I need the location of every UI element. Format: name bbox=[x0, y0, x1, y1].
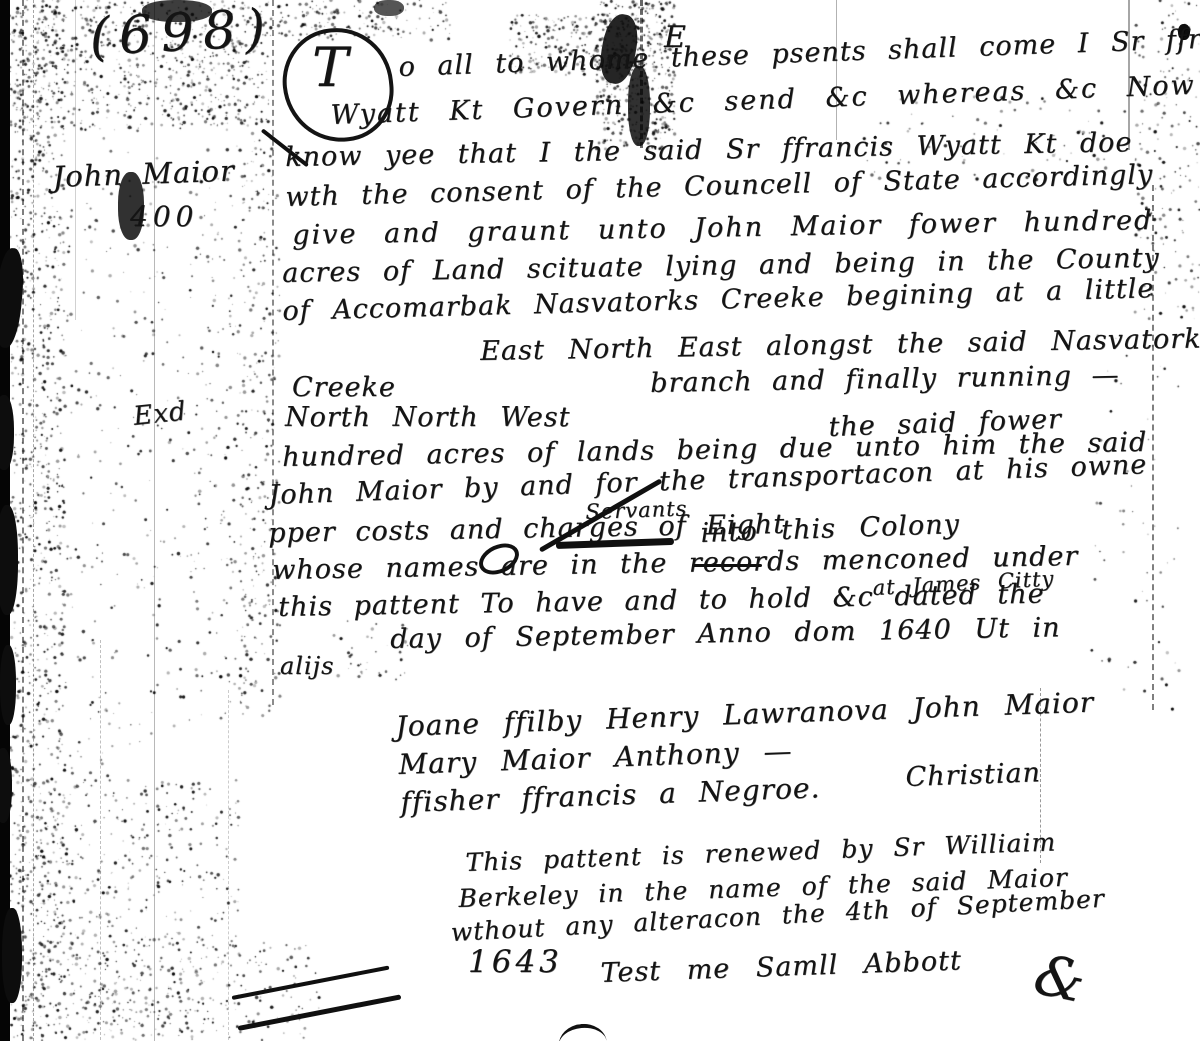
scanned-manuscript-page: (698) John Maior 400 Exd T E o all to wh… bbox=[0, 0, 1200, 1041]
margin-grantee-name: John Maior bbox=[52, 154, 235, 194]
manuscript-line: Creeke bbox=[292, 372, 396, 403]
renewal-year: 1643 bbox=[468, 944, 563, 980]
manuscript-line: North North West bbox=[285, 402, 570, 433]
ink-blot bbox=[374, 0, 404, 16]
margin-acreage: 400 bbox=[130, 200, 198, 233]
manuscript-line: alijs bbox=[280, 652, 334, 680]
margin-examined-mark: Exd bbox=[132, 396, 188, 431]
scratch-line bbox=[33, 0, 34, 1041]
fold-line bbox=[836, 0, 837, 140]
ink-blot bbox=[2, 908, 22, 1003]
ink-blot bbox=[0, 505, 18, 615]
fold-line bbox=[228, 690, 229, 1040]
page-number: (698) bbox=[88, 0, 276, 68]
ink-blot bbox=[0, 645, 16, 725]
opening-initial: T bbox=[312, 36, 349, 99]
fold-line bbox=[100, 640, 101, 1040]
inserted-word-servants: Servants bbox=[585, 496, 688, 524]
headright-names-line: Christian bbox=[905, 757, 1041, 793]
scratch-line bbox=[22, 0, 24, 1041]
ruled-margin-line bbox=[272, 0, 274, 705]
